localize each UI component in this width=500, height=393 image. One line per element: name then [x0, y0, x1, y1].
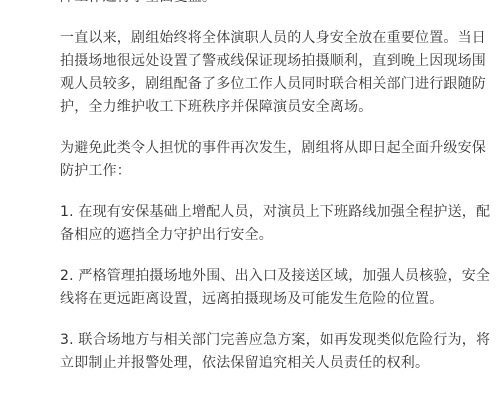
paragraph-measure-2: 2. 严格管理拍摄场地外围、出入口及接送区域，加强人员核验，安全线将在更远距离设… [60, 265, 496, 311]
article-body: 障工作进行了全面复盘。 一直以来，剧组始终将全体演职人员的人身安全放在重要位置。… [60, 0, 496, 320]
paragraph-safety-background: 一直以来，剧组始终将全体演职人员的人身安全放在重要位置。当日拍摄场地很远处设置了… [60, 27, 496, 119]
paragraph-measures-intro: 为避免此类令人担忧的事件再次发生，剧组将从即日起全面升级安保防护工作： [60, 137, 496, 183]
paragraph-measure-1: 1. 在现有安保基础上增配人员，对演员上下班路线加强全程护送，配备相应的遮挡全力… [60, 201, 496, 247]
paragraph-review-intro: 障工作进行了全面复盘。 [60, 0, 496, 9]
